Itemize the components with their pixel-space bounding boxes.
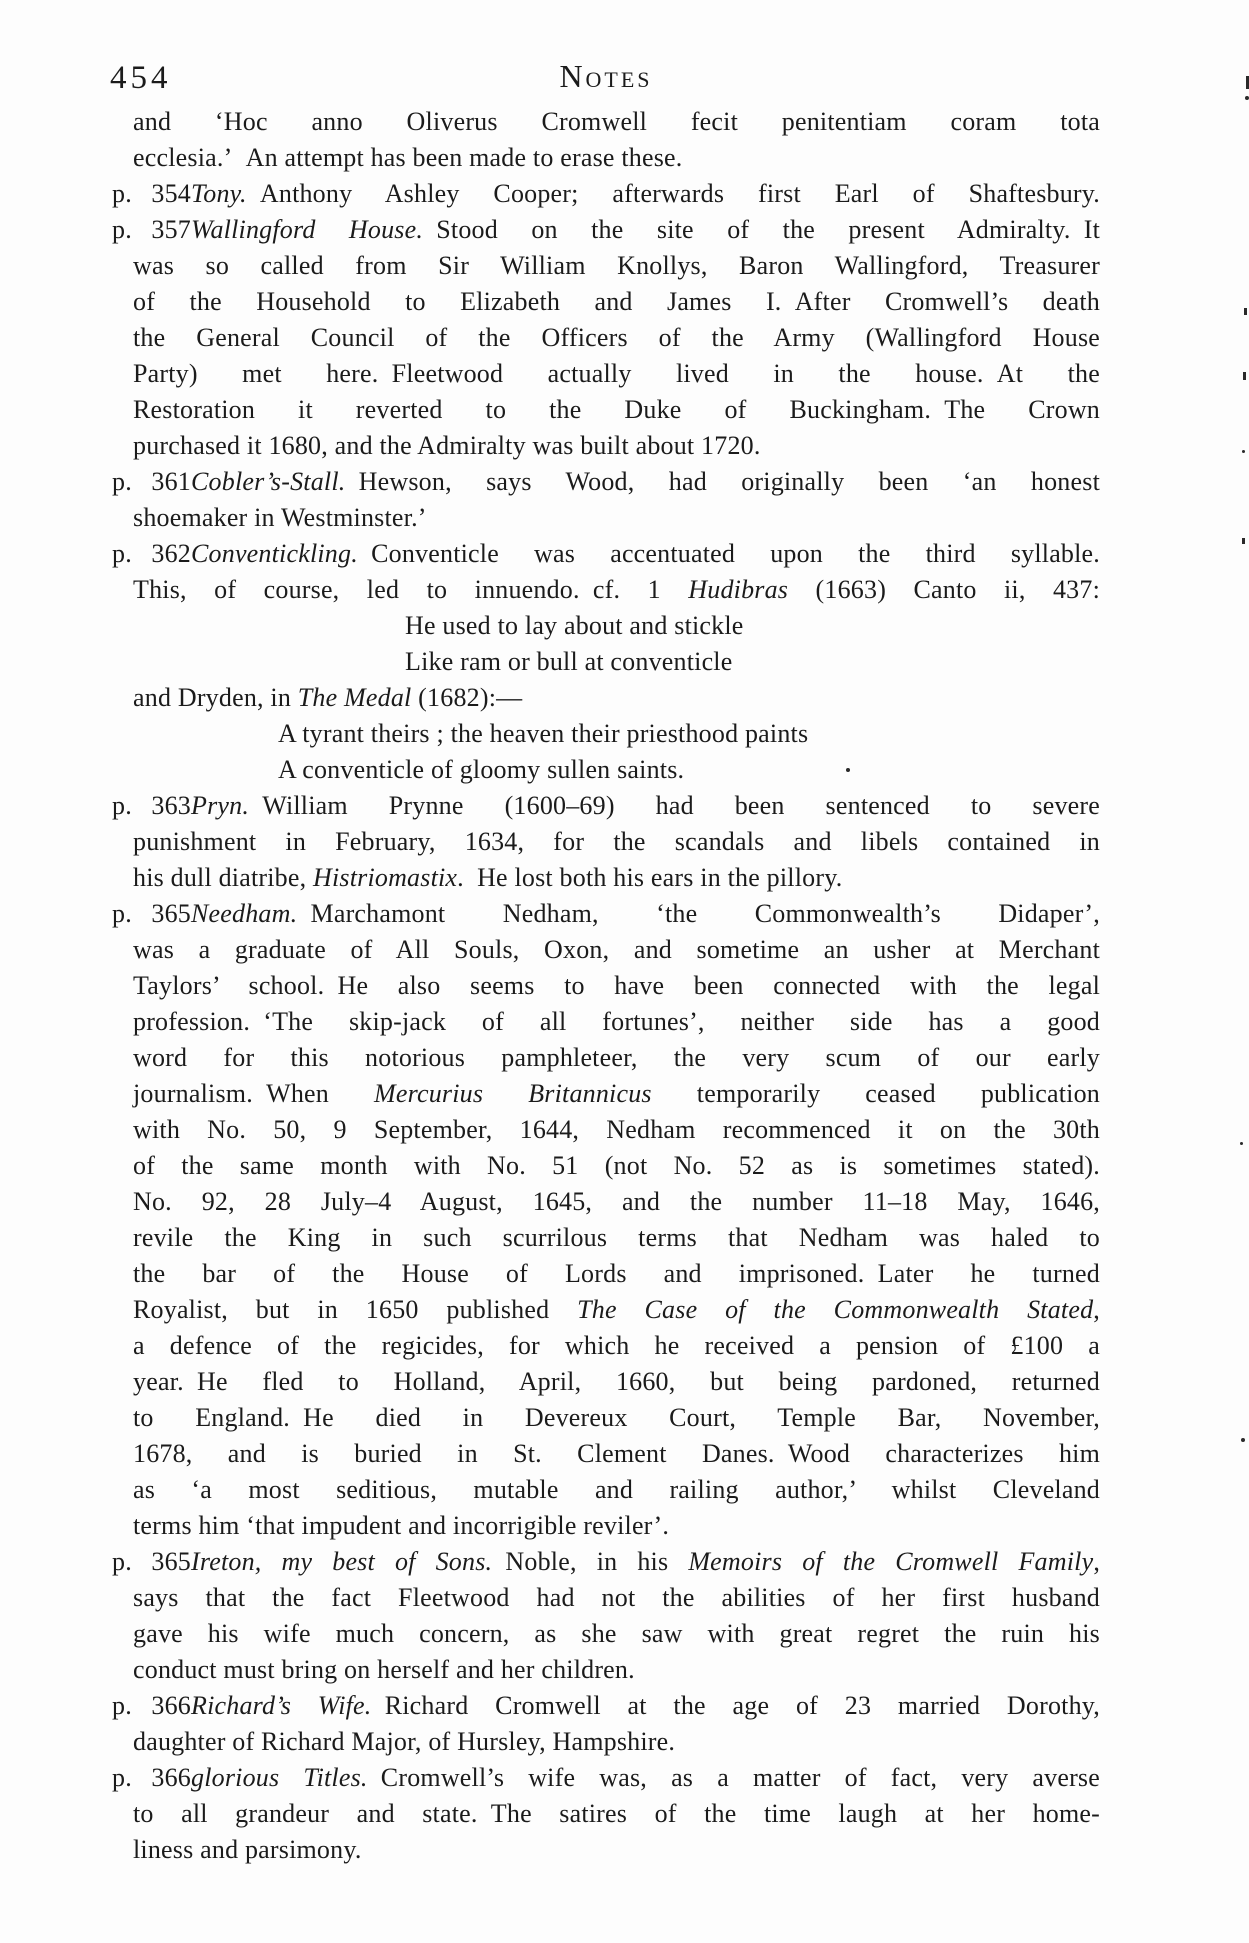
page-ref: p. 357 [112,212,191,248]
note-text: ecclesia.’ An attempt has been made to e… [133,143,682,172]
note-line: says that the fact Fleetwood had not the… [133,1580,1100,1616]
page-ref: p. 366 [112,1688,191,1724]
note-text: Stood on the site of the present Admiral… [423,215,1100,244]
note-title-italic: Mercurius Britannicus [374,1079,652,1108]
note-text: year. He fled to Holland, April, 1660, b… [133,1367,1100,1396]
page-ref: p. 354 [112,176,191,212]
note-text: his dull diatribe, [133,863,313,892]
note-text: A tyrant theirs ; the heaven their pries… [278,719,808,748]
note-line: Taylors’ school. He also seems to have b… [133,968,1100,1004]
note-text: Like ram or bull at conventicle [405,647,732,676]
note-text: He used to lay about and stickle [405,611,744,640]
note-text: (1682):— [411,683,522,712]
note-line: gave his wife much concern, as she saw w… [133,1616,1100,1652]
note-line: Party) met here. Fleetwood actually live… [133,356,1100,392]
note-text: No. 92, 28 July–4 August, 1645, and the … [133,1187,1100,1216]
note-title-italic: Richard’s Wife. [191,1691,372,1720]
note-text: a defence of the regicides, for which he… [133,1331,1100,1360]
note-line: Royalist, but in 1650 published The Case… [133,1292,1100,1328]
note-text: Noble, in his [492,1547,688,1576]
ink-speck [1243,372,1246,380]
note-text: , [1093,1295,1100,1324]
note-line: the bar of the House of Lords and impris… [133,1256,1100,1292]
ink-speck [1242,538,1245,544]
note-text: 1678, and is buried in St. Clement Danes… [133,1439,1100,1468]
note-line: 1678, and is buried in St. Clement Danes… [133,1436,1100,1472]
note-line: profession. ‘The skip-jack of all fortun… [133,1004,1100,1040]
note-line: p. 365Ireton, my best of Sons. Noble, in… [112,1544,1100,1580]
page-ref: p. 361 [112,464,191,500]
note-text: Royalist, but in 1650 published [133,1295,577,1324]
note-line: conduct must bring on herself and her ch… [133,1652,1100,1688]
note-text: Party) met here. Fleetwood actually live… [133,359,1100,388]
note-text: was so called from Sir William Knollys, … [133,251,1100,280]
ink-speck [1245,96,1249,100]
note-line: p. 362Conventickling. Conventicle was ac… [112,536,1100,572]
note-text: of the Household to Elizabeth and James … [133,287,1100,316]
note-title-italic: Histriomastix [313,863,457,892]
note-text: of the same month with No. 51 (not No. 5… [133,1151,1100,1180]
note-line: liness and parsimony. [133,1832,1100,1868]
note-line: was a graduate of All Souls, Oxon, and s… [133,932,1100,968]
note-line: A conventicle of gloomy sullen saints. [278,752,1100,788]
ink-speck [1242,450,1245,453]
note-line: with No. 50, 9 September, 1644, Nedham r… [133,1112,1100,1148]
ink-speck [1244,308,1247,315]
page-ref: p. 366 [112,1760,191,1796]
note-text: (1663) Canto ii, 437: [788,575,1100,604]
note-line: No. 92, 28 July–4 August, 1645, and the … [133,1184,1100,1220]
note-text: temporarily ceased publication [652,1079,1100,1108]
note-line: word for this notorious pamphleteer, the… [133,1040,1100,1076]
note-text: with No. 50, 9 September, 1644, Nedham r… [133,1115,1100,1144]
note-text: Restoration it reverted to the Duke of B… [133,395,1100,424]
note-line: journalism. When Mercurius Britannicus t… [133,1076,1100,1112]
note-line: of the Household to Elizabeth and James … [133,284,1100,320]
note-line: p. 361Cobler’s-Stall. Hewson, says Wood,… [112,464,1100,500]
note-title-italic: glorious Titles. [191,1763,368,1792]
note-title-italic: Needham. [191,899,297,928]
note-text: conduct must bring on herself and her ch… [133,1655,635,1684]
ink-speck [1241,1438,1245,1442]
note-title-italic: The Case of the Commonwealth Stated [577,1295,1093,1324]
note-text: liness and parsimony. [133,1835,362,1864]
note-text: A conventicle of gloomy sullen saints. [278,755,684,784]
note-line: year. He fled to Holland, April, 1660, b… [133,1364,1100,1400]
note-title-italic: Hudibras [688,575,788,604]
note-title-italic: Ireton, my best of Sons. [191,1547,492,1576]
note-text: daughter of Richard Major, of Hursley, H… [133,1727,675,1756]
note-text: William Prynne (1600–69) had been senten… [249,791,1100,820]
note-text: and Dryden, in [133,683,298,712]
note-text: Hewson, says Wood, had originally been ‘… [345,467,1100,496]
note-line: of the same month with No. 51 (not No. 5… [133,1148,1100,1184]
note-line: as ‘a most seditious, mutable and railin… [133,1472,1100,1508]
note-line: Like ram or bull at conventicle [405,644,1100,680]
note-title-italic: Tony. [191,179,247,208]
note-line: p. 357Wallingford House. Stood on the si… [112,212,1100,248]
note-line: A tyrant theirs ; the heaven their pries… [278,716,1100,752]
note-text: purchased it 1680, and the Admiralty was… [133,431,761,460]
note-line: p. 354Tony. Anthony Ashley Cooper; after… [112,176,1100,212]
note-line: to all grandeur and state. The satires o… [133,1796,1100,1832]
ink-speck [846,768,850,772]
note-text: and ‘Hoc anno Oliverus Cromwell fecit pe… [133,107,1100,136]
note-line: p. 365Needham. Marchamont Nedham, ‘the C… [112,896,1100,932]
note-line: daughter of Richard Major, of Hursley, H… [133,1724,1100,1760]
page-ref: p. 362 [112,536,191,572]
note-text: shoemaker in Westminster.’ [133,503,427,532]
note-line: and Dryden, in The Medal (1682):— [133,680,1100,716]
note-text: This, of course, led to innuendo. cf. 1 [133,575,688,604]
page-ref: p. 365 [112,896,191,932]
note-line: ecclesia.’ An attempt has been made to e… [133,140,1100,176]
note-text: , [1093,1547,1100,1576]
note-line: revile the King in such scurrilous terms… [133,1220,1100,1256]
note-text: Anthony Ashley Cooper; afterwards first … [247,179,1100,208]
note-line: Restoration it reverted to the Duke of B… [133,392,1100,428]
note-line: to England. He died in Devereux Court, T… [133,1400,1100,1436]
note-line: the General Council of the Officers of t… [133,320,1100,356]
note-line: terms him ‘that impudent and incorrigibl… [133,1508,1100,1544]
ink-speck [1240,1142,1243,1145]
note-text: word for this notorious pamphleteer, the… [133,1043,1100,1072]
note-text: Conventicle was accentuated upon the thi… [358,539,1100,568]
note-line: p. 363Pryn. William Prynne (1600–69) had… [112,788,1100,824]
note-line: This, of course, led to innuendo. cf. 1 … [133,572,1100,608]
note-line: his dull diatribe, Histriomastix. He los… [133,860,1100,896]
page-ref: p. 365 [112,1544,191,1580]
note-text: was a graduate of All Souls, Oxon, and s… [133,935,1100,964]
note-text: . He lost both his ears in the pillory. [457,863,842,892]
note-title-italic: The Medal [298,683,412,712]
note-title-italic: Memoirs of the Cromwell Family [688,1547,1093,1576]
note-line: purchased it 1680, and the Admiralty was… [133,428,1100,464]
note-text: to all grandeur and state. The satires o… [133,1799,1100,1828]
note-title-italic: Conventickling. [191,539,358,568]
page-title: Notes [112,60,1100,92]
note-text: Richard Cromwell at the age of 23 marrie… [372,1691,1101,1720]
note-text: says that the fact Fleetwood had not the… [133,1583,1100,1612]
note-text: Marchamont Nedham, ‘the Commonwealth’s D… [297,899,1100,928]
note-text: profession. ‘The skip-jack of all fortun… [133,1007,1100,1036]
note-line: a defence of the regicides, for which he… [133,1328,1100,1364]
note-text: gave his wife much concern, as she saw w… [133,1619,1100,1648]
note-text: Taylors’ school. He also seems to have b… [133,971,1100,1000]
note-line: punishment in February, 1634, for the sc… [133,824,1100,860]
note-line: was so called from Sir William Knollys, … [133,248,1100,284]
note-text: the bar of the House of Lords and impris… [133,1259,1100,1288]
note-text: the General Council of the Officers of t… [133,323,1100,352]
note-text: as ‘a most seditious, mutable and railin… [133,1475,1100,1504]
scanned-book-page: 454 Notes and ‘Hoc anno Oliverus Cromwel… [0,0,1249,1943]
page-ref: p. 363 [112,788,191,824]
note-title-italic: Cobler’s-Stall. [191,467,345,496]
note-text: Cromwell’s wife was, as a matter of fact… [368,1763,1100,1792]
note-title-italic: Wallingford House. [191,215,423,244]
note-text: revile the King in such scurrilous terms… [133,1223,1100,1252]
note-line: p. 366Richard’s Wife. Richard Cromwell a… [112,1688,1100,1724]
note-line: He used to lay about and stickle [405,608,1100,644]
note-line: p. 366glorious Titles. Cromwell’s wife w… [112,1760,1100,1796]
note-text: punishment in February, 1634, for the sc… [133,827,1100,856]
note-line: and ‘Hoc anno Oliverus Cromwell fecit pe… [133,104,1100,140]
note-text: to England. He died in Devereux Court, T… [133,1403,1100,1432]
note-line: shoemaker in Westminster.’ [133,500,1100,536]
note-title-italic: Pryn. [191,791,249,820]
note-text: terms him ‘that impudent and incorrigibl… [133,1511,669,1540]
note-text: journalism. When [133,1079,374,1108]
notes-content: and ‘Hoc anno Oliverus Cromwell fecit pe… [112,104,1100,1868]
